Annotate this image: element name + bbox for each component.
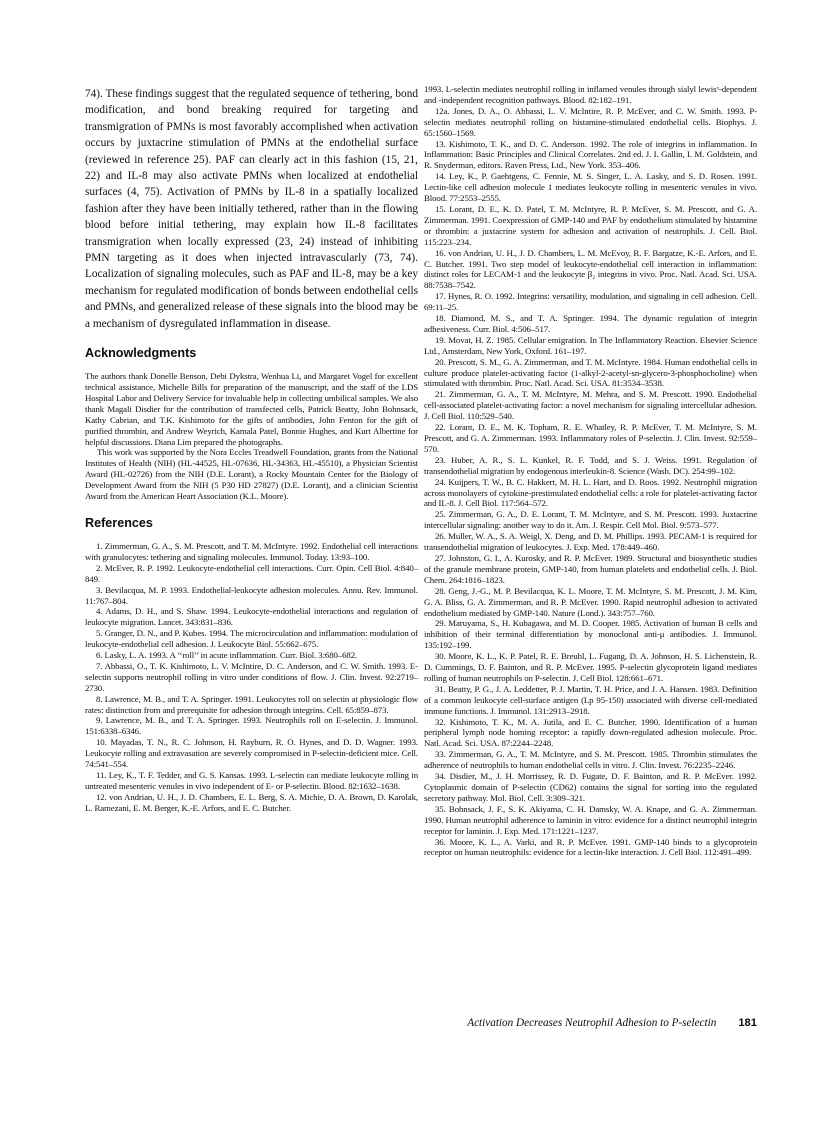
reference-item: 10. Mayadas, T. N., R. C. Johnson, H. Ra… xyxy=(85,737,418,770)
reference-item: 23. Huber, A. R., S. L. Kunkel, R. F. To… xyxy=(424,455,757,477)
reference-item: 2. McEver, R. P. 1992. Leukocyte-endothe… xyxy=(85,563,418,585)
reference-item: 11. Ley, K., T. F. Tedder, and G. S. Kan… xyxy=(85,770,418,792)
reference-item: 26. Muller, W. A., S. A. Weigl, X. Deng,… xyxy=(424,531,757,553)
reference-item: 29. Maruyama, S., H. Kubagawa, and M. D.… xyxy=(424,618,757,651)
reference-item: 35. Bohnsack, J. F., S. K. Akiyama, C. H… xyxy=(424,804,757,837)
reference-item: 4. Adams, D. H., and S. Shaw. 1994. Leuk… xyxy=(85,606,418,628)
page-footer: Activation Decreases Neutrophil Adhesion… xyxy=(424,1013,757,1033)
reference-item-continuation: 1993. L-selectin mediates neutrophil rol… xyxy=(424,84,757,106)
reference-item: 14. Ley, K., P. Gaehtgens, C. Fennie, M.… xyxy=(424,171,757,204)
left-column: 74). These findings suggest that the reg… xyxy=(85,86,418,814)
reference-item: 25. Zimmerman, G. A., D. E. Lorant, T. M… xyxy=(424,509,757,531)
reference-item: 9. Lawrence, M. B., and T. A. Springer. … xyxy=(85,715,418,737)
acknowledgments-paragraph: This work was supported by the Nora Eccl… xyxy=(85,447,418,502)
reference-item: 16. von Andrian, U. H., J. D. Chambers, … xyxy=(424,248,757,292)
reference-item: 20. Prescott, S. M., G. A. Zimmerman, an… xyxy=(424,357,757,390)
page-number: 181 xyxy=(738,1017,757,1029)
reference-item: 5. Granger, D. N., and P. Kubes. 1994. T… xyxy=(85,628,418,650)
body-continued-paragraph: 74). These findings suggest that the reg… xyxy=(85,86,418,332)
reference-item: 1. Zimmerman, G. A., S. M. Prescott, and… xyxy=(85,541,418,563)
reference-item: 7. Abbassi, O., T. K. Kishimoto, L. V. M… xyxy=(85,661,418,694)
reference-item: 32. Kishimoto, T. K., M. A. Jutila, and … xyxy=(424,717,757,750)
reference-item: 34. Disdier, M., J. H. Morrissey, R. D. … xyxy=(424,771,757,804)
reference-item: 27. Johnston, G. I., A. Kurosky, and R. … xyxy=(424,553,757,586)
acknowledgments-paragraph: The authors thank Donelle Benson, Debi D… xyxy=(85,371,418,447)
reference-item: 13. Kishimoto, T. K., and D. C. Anderson… xyxy=(424,139,757,172)
references-list-left: 1. Zimmerman, G. A., S. M. Prescott, and… xyxy=(85,541,418,814)
reference-item: 6. Lasky, L. A. 1993. A ‘‘roll’’ in acut… xyxy=(85,650,418,661)
references-heading: References xyxy=(85,516,418,530)
reference-item: 33. Zimmerman, G. A., T. M. McIntyre, an… xyxy=(424,749,757,771)
right-column: 1993. L-selectin mediates neutrophil rol… xyxy=(424,84,757,858)
acknowledgments-heading: Acknowledgments xyxy=(85,346,418,360)
reference-item: 36. Moore, K. L., A. Varki, and R. P. Mc… xyxy=(424,837,757,859)
reference-item: 17. Hynes, R. O. 1992. Integrins: versat… xyxy=(424,291,757,313)
reference-item: 3. Bevilacqua, M. P. 1993. Endothelial-l… xyxy=(85,585,418,607)
reference-item: 18. Diamond, M. S., and T. A. Springer. … xyxy=(424,313,757,335)
reference-item: 12a. Jones, D. A., O. Abbassi, L. V. McI… xyxy=(424,106,757,139)
reference-item: 31. Beatty, P. G., J. A. Leddetter, P. J… xyxy=(424,684,757,717)
reference-item: 15. Lorant, D. E., K. D. Patel, T. M. Mc… xyxy=(424,204,757,248)
reference-item: 19. Movat, H. Z. 1985. Cellular emigrati… xyxy=(424,335,757,357)
reference-item: 30. Moore, K. L., K. P. Patel, R. E. Bre… xyxy=(424,651,757,684)
reference-item: 28. Geng, J.-G., M. P. Bevilacqua, K. L.… xyxy=(424,586,757,619)
reference-item: 21. Zimmerman, G. A., T. M. McIntyre, M.… xyxy=(424,389,757,422)
references-list-right: 12a. Jones, D. A., O. Abbassi, L. V. McI… xyxy=(424,106,757,859)
journal-page: 74). These findings suggest that the reg… xyxy=(0,0,816,1129)
reference-item: 24. Kuijpers, T. W., B. C. Hakkert, M. H… xyxy=(424,477,757,510)
reference-item: 12. von Andrian, U. H., J. D. Chambers, … xyxy=(85,792,418,814)
reference-item: 22. Lorant, D. E., M. K. Topham, R. E. W… xyxy=(424,422,757,455)
reference-item: 8. Lawrence, M. B., and T. A. Springer. … xyxy=(85,694,418,716)
running-title: Activation Decreases Neutrophil Adhesion… xyxy=(467,1017,716,1029)
